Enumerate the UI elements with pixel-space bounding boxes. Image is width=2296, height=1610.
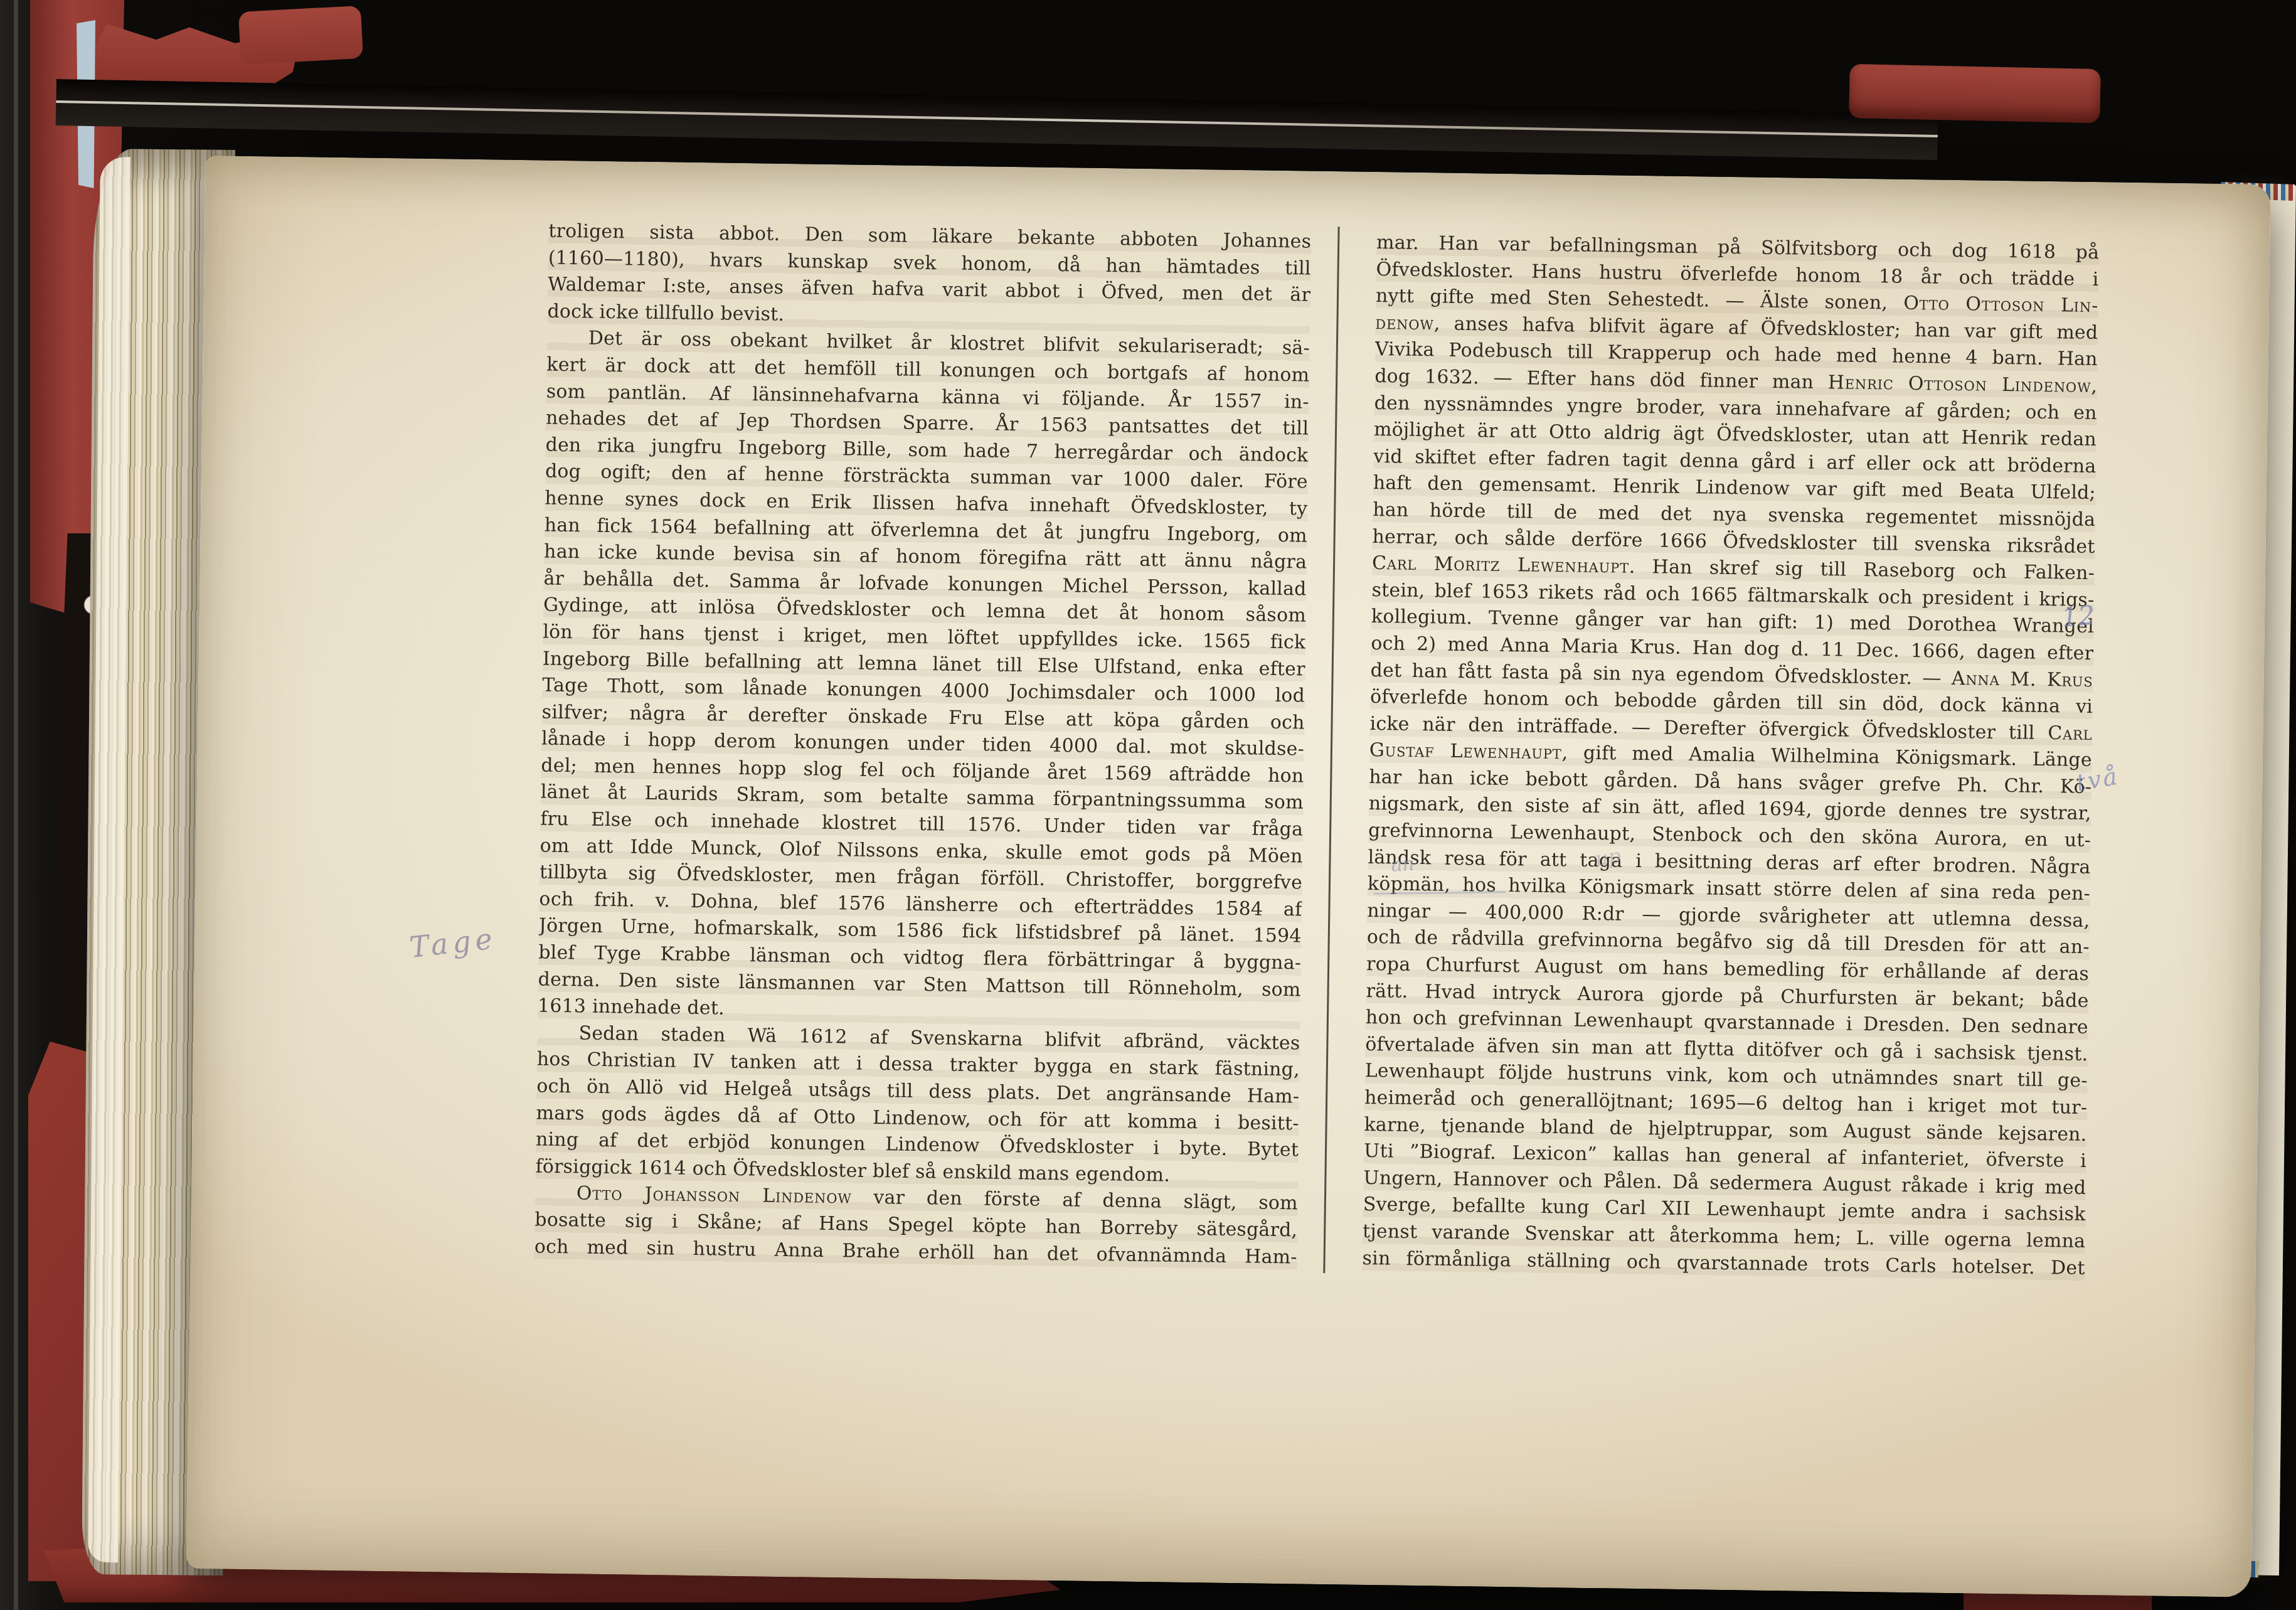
red-spine-cap-top-right <box>1849 64 2101 123</box>
paragraph: Sedan staden Wä 1612 af Svenskarna blifv… <box>535 1020 1300 1191</box>
board-edge-white-vein <box>56 100 1938 137</box>
paragraph: troligen sista abbot. Den som läkare bek… <box>547 218 1311 336</box>
red-spine-cap-top-left <box>238 6 363 65</box>
column-divider-rule <box>1323 227 1339 1273</box>
right-text-column: mar. Han var befallningsman på Sölfvitsb… <box>1362 230 2099 1282</box>
handwritten-marginalia-up: up <box>1593 844 1622 871</box>
paragraph: Det är oss obekant hvilket år klostret b… <box>538 325 1310 1030</box>
left-text-column: troligen sista abbot. Den som läkare bek… <box>534 218 1311 1271</box>
photograph-of-open-book: troligen sista abbot. Den som läkare bek… <box>0 0 2296 1610</box>
handwritten-marginalia-12: 12 <box>2060 599 2097 633</box>
board-top-edge <box>56 79 1938 160</box>
paragraph: mar. Han var befallningsman på Sölfvitsb… <box>1362 230 2099 1282</box>
handwritten-marginalia-an: an <box>1390 853 1415 877</box>
open-book-page: troligen sista abbot. Den som läkare bek… <box>186 156 2271 1597</box>
handwritten-marginalia-tage: Tage <box>408 921 498 964</box>
paragraph: Otto Johansson Lindenow var den förste a… <box>534 1180 1298 1271</box>
backdrop-frame-line <box>14 0 18 1610</box>
